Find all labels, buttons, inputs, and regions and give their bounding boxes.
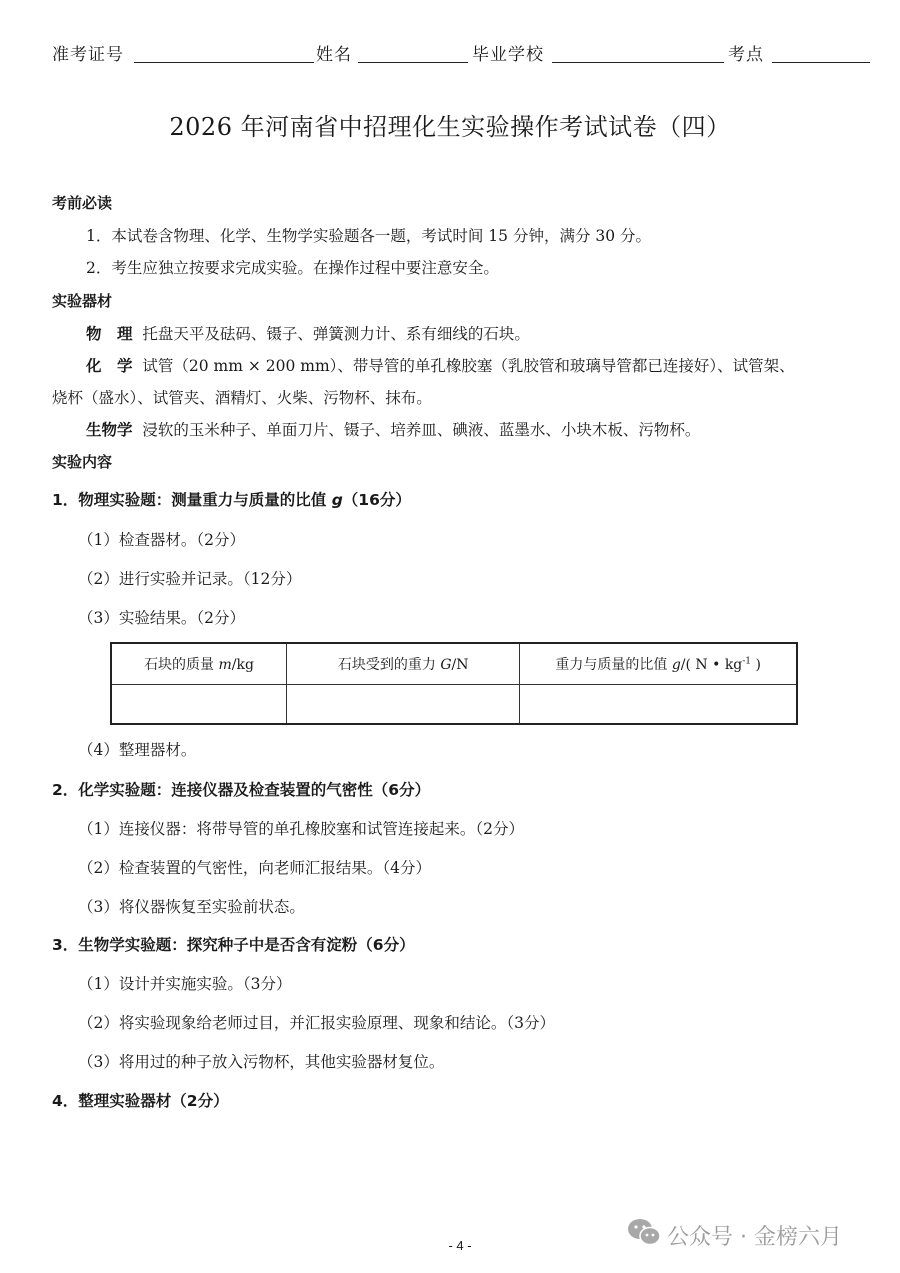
- school-label: 毕业学校: [472, 40, 544, 65]
- table-header-row: 石块的质量 m/kg 石块受到的重力 G/N 重力与质量的比值 g/( N • …: [111, 643, 797, 685]
- q2-step: （3）将仪器恢复至实验前状态。: [78, 895, 305, 917]
- equipment-heading: 实验器材: [52, 290, 112, 311]
- name-label: 姓名: [316, 40, 352, 65]
- q1-step: （3）实验结果。（2分）: [78, 606, 245, 628]
- notice-item: 1．本试卷含物理、化学、生物学实验题各一题，考试时间 15 分钟，满分 30 分…: [86, 224, 651, 246]
- q1-title-var: g: [332, 491, 343, 509]
- exam-site-field[interactable]: [772, 62, 870, 63]
- physics-text: 托盘天平及砝码、镊子、弹簧测力计、系有细线的石块。: [142, 325, 530, 343]
- biology-text: 浸软的玉米种子、单面刀片、镊子、培养皿、碘液、蓝墨水、小块木板、污物杯。: [142, 421, 700, 439]
- candidate-info-header: 准考证号 姓名 毕业学校 考点: [52, 40, 872, 68]
- school-field[interactable]: [552, 62, 724, 63]
- chemistry-label: 化 学: [86, 357, 133, 375]
- q1-title-score: （16分）: [343, 491, 411, 509]
- exam-number-label: 准考证号: [52, 40, 124, 65]
- notice-item: 2．考生应独立按要求完成实验。在操作过程中要注意安全。: [86, 256, 499, 278]
- exam-number-field[interactable]: [134, 62, 314, 63]
- column-header-ratio: 重力与质量的比值 g/( N • kg-1 ): [520, 643, 797, 685]
- name-field[interactable]: [358, 62, 468, 63]
- gravity-cell[interactable]: [287, 685, 520, 725]
- equipment-physics: 物 理 托盘天平及砝码、镊子、弹簧测力计、系有细线的石块。: [86, 322, 530, 344]
- question-1-title: 1．物理实验题：测量重力与质量的比值 g（16分）: [52, 488, 411, 510]
- q3-step: （2）将实验现象给老师过目，并汇报实验原理、现象和结论。（3分）: [78, 1011, 555, 1033]
- question-3-title: 3．生物学实验题：探究种子中是否含有淀粉（6分）: [52, 933, 415, 955]
- watermark-text: 公众号 · 金榜六月: [667, 1220, 842, 1251]
- equipment-chemistry: 化 学 试管（20 mm × 200 mm）、带导管的单孔橡胶塞（乳胶管和玻璃导…: [86, 354, 795, 376]
- chemistry-text: 试管（20 mm × 200 mm）、带导管的单孔橡胶塞（乳胶管和玻璃导管都已连…: [142, 357, 794, 375]
- results-table: 石块的质量 m/kg 石块受到的重力 G/N 重力与质量的比值 g/( N • …: [110, 642, 798, 725]
- q1-title-text: 1．物理实验题：测量重力与质量的比值: [52, 491, 332, 509]
- column-header-mass: 石块的质量 m/kg: [111, 643, 287, 685]
- content-heading: 实验内容: [52, 451, 112, 472]
- q3-step: （1）设计并实施实验。（3分）: [78, 972, 291, 994]
- watermark: 公众号 · 金榜六月: [627, 1218, 842, 1252]
- mass-cell[interactable]: [111, 685, 287, 725]
- q1-step: （4）整理器材。: [78, 738, 196, 760]
- chemistry-text-continued: 烧杯（盛水）、试管夹、酒精灯、火柴、污物杯、抹布。: [52, 386, 432, 408]
- q3-step: （3）将用过的种子放入污物杯，其他实验器材复位。: [78, 1050, 444, 1072]
- q1-step: （1）检查器材。（2分）: [78, 528, 245, 550]
- q1-step: （2）进行实验并记录。（12分）: [78, 567, 301, 589]
- question-2-title: 2．化学实验题：连接仪器及检查装置的气密性（6分）: [52, 778, 430, 800]
- notice-heading: 考前必读: [52, 192, 112, 213]
- q2-step: （2）检查装置的气密性，向老师汇报结果。（4分）: [78, 856, 431, 878]
- physics-label: 物 理: [86, 325, 133, 343]
- question-4-title: 4．整理实验器材（2分）: [52, 1089, 229, 1111]
- page-title: 2026 年河南省中招理化生实验操作考试试卷（四）: [0, 107, 900, 142]
- exam-site-label: 考点: [728, 40, 764, 65]
- wechat-icon: [627, 1218, 661, 1252]
- column-header-gravity: 石块受到的重力 G/N: [287, 643, 520, 685]
- biology-label: 生物学: [86, 421, 133, 439]
- q2-step: （1）连接仪器：将带导管的单孔橡胶塞和试管连接起来。（2分）: [78, 817, 524, 839]
- table-row: [111, 685, 797, 725]
- equipment-biology: 生物学 浸软的玉米种子、单面刀片、镊子、培养皿、碘液、蓝墨水、小块木板、污物杯。: [86, 418, 700, 440]
- ratio-cell[interactable]: [520, 685, 797, 725]
